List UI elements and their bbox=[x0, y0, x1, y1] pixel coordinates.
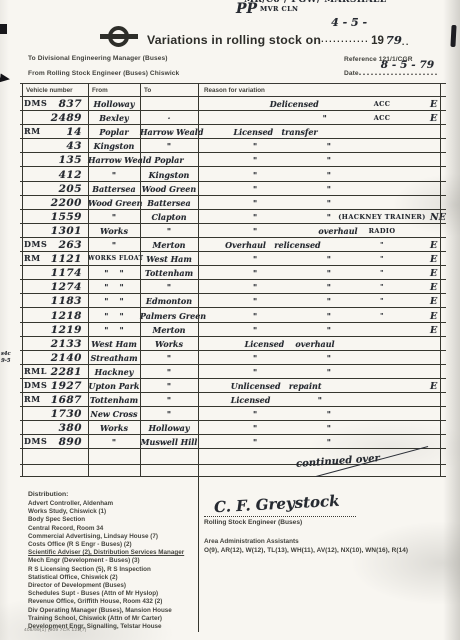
from-cell: Streatham bbox=[88, 353, 140, 363]
to-cell: Merton bbox=[140, 325, 198, 335]
to-cell: Palmers Green bbox=[140, 311, 198, 321]
reason-text: " " bbox=[214, 311, 331, 321]
table-row: 43Kingston" " " bbox=[20, 139, 446, 153]
table-rule bbox=[140, 83, 141, 477]
from-cell: " bbox=[88, 240, 140, 250]
reason-text: Licensed transfer bbox=[214, 127, 318, 137]
to-cell: Poplar bbox=[140, 155, 198, 165]
vehicle-cell: 1183 bbox=[22, 294, 88, 307]
from-cell: Harrow Weald bbox=[88, 155, 140, 165]
distribution-item: Body Spec Section bbox=[28, 516, 184, 524]
reason-cell: " " bbox=[198, 435, 460, 448]
reason-cell: " " bbox=[198, 421, 460, 434]
from-cell: Battersea bbox=[88, 184, 140, 194]
vehicle-prefix: DMS bbox=[24, 98, 47, 108]
vehicle-cell: 1559 bbox=[22, 210, 88, 223]
to-cell: " bbox=[140, 367, 198, 377]
vehicle-number: 1927 bbox=[51, 380, 82, 392]
table-row: DMS1927Upton Park" Unlicensed repaintE bbox=[20, 379, 446, 393]
distribution-item: Statistical Office, Chiswick (2) bbox=[28, 574, 184, 582]
table-row: 380WorksHolloway " " bbox=[20, 421, 446, 435]
vehicle-prefix: DMS bbox=[24, 436, 47, 446]
vehicle-cell: 205 bbox=[22, 182, 88, 195]
reason-cell: " " bbox=[198, 139, 460, 152]
from-line: From Rolling Stock Engineer (Buses) Chis… bbox=[28, 70, 179, 77]
vehicle-number: 412 bbox=[59, 169, 82, 181]
handwritten-year: 79 bbox=[386, 33, 402, 47]
to-cell: Kingston bbox=[140, 170, 198, 180]
vehicle-cell: DMS263 bbox=[22, 238, 88, 251]
table-rule bbox=[88, 83, 89, 477]
from-cell: Hackney bbox=[88, 367, 140, 377]
vehicle-number: 1219 bbox=[51, 324, 82, 336]
from-cell: " " bbox=[88, 268, 140, 278]
reason-text: " " bbox=[214, 212, 331, 222]
distribution-item: Director of Development (Buses) bbox=[28, 582, 184, 590]
note-text: ACC bbox=[326, 114, 438, 122]
table-row: 1174" "Tottenham " ""E bbox=[20, 266, 446, 280]
vehicle-number: 14 bbox=[66, 126, 82, 138]
table-row: 1219" "Merton " "E bbox=[20, 323, 446, 337]
reason-text: Unlicensed repaint bbox=[214, 381, 322, 391]
form-code: 405/99(1) (909 7CR 121(7) bbox=[24, 628, 87, 633]
to-line: To Divisional Engineering Manager (Buses… bbox=[28, 55, 168, 62]
date-field: Date .................... 8 - 5 - 79 bbox=[344, 67, 439, 77]
table-header: Vehicle number From To Reason for variat… bbox=[20, 83, 446, 97]
table-row: 2140Streatham" " " bbox=[20, 351, 446, 365]
table-row: 205BatterseaWood Green " " bbox=[20, 182, 446, 196]
from-cell: " bbox=[88, 212, 140, 222]
flag-text: E bbox=[430, 311, 460, 322]
distribution-item: Scientific Adviser (2), Distribution Ser… bbox=[28, 549, 184, 557]
vehicle-number: 1559 bbox=[51, 211, 82, 223]
table-row: 1218" "Palmers Green " ""E bbox=[20, 308, 446, 322]
table-row: RM1121WORKS FLOATWest Ham " ""E bbox=[20, 252, 446, 266]
to-cell: Clapton bbox=[140, 212, 198, 222]
printed-century: 19 bbox=[371, 35, 384, 47]
vehicle-cell: DMS890 bbox=[22, 435, 88, 448]
vehicle-number: 263 bbox=[59, 239, 82, 251]
to-cell: " bbox=[140, 353, 198, 363]
flag-text: NE bbox=[430, 212, 460, 223]
title-trailing-dots: .. bbox=[402, 37, 410, 47]
to-cell: " bbox=[140, 226, 198, 236]
table-row: RM14PoplarHarrow Weald Licensed transfer bbox=[20, 125, 446, 139]
reason-cell: " overhaulRADIO bbox=[198, 224, 460, 237]
distribution-item: Revenue Office, Griffith House, Room 432… bbox=[28, 598, 184, 606]
note-text: RADIO bbox=[326, 227, 438, 235]
from-cell: Holloway bbox=[88, 99, 140, 109]
distribution-item: Schedules Supt - Buses (Attn of Mr Hyslo… bbox=[28, 590, 184, 598]
reason-text: Overhaul relicensed bbox=[214, 240, 321, 250]
flag-text: E bbox=[430, 381, 460, 392]
note-text: " bbox=[326, 297, 438, 305]
table-row: 1301Works" " overhaulRADIO bbox=[20, 224, 446, 238]
from-cell: Wood Green bbox=[88, 198, 140, 208]
from-cell: New Cross bbox=[88, 409, 140, 419]
from-cell: " bbox=[88, 437, 140, 447]
date-label: Date bbox=[344, 70, 359, 77]
reason-cell: " ""E bbox=[198, 266, 460, 279]
from-cell: " " bbox=[88, 282, 140, 292]
vehicle-number: 1301 bbox=[51, 225, 82, 237]
reason-text: " " bbox=[214, 282, 331, 292]
note-text: ACC bbox=[326, 100, 438, 108]
to-cell: " bbox=[140, 409, 198, 419]
from-cell: Works bbox=[88, 423, 140, 433]
to-cell: · bbox=[140, 113, 198, 123]
from-cell: " " bbox=[88, 325, 140, 335]
note-text: " bbox=[326, 255, 438, 263]
note-text: (HACKNEY TRAINER) bbox=[326, 213, 438, 221]
vehicle-number: 890 bbox=[59, 436, 82, 448]
from-cell: Bexley bbox=[88, 113, 140, 123]
table-row: RM1687Tottenham" Licensed " bbox=[20, 393, 446, 407]
assistants-title: Area Administration Assistants bbox=[204, 538, 299, 545]
reason-cell: " " bbox=[198, 153, 460, 166]
table-row: 1559"Clapton " "(HACKNEY TRAINER)NE bbox=[20, 210, 446, 224]
table-row: DMS837Holloway DelicensedACCE bbox=[20, 97, 446, 111]
signature-role: Rolling Stock Engineer (Buses) bbox=[204, 519, 302, 526]
signature-dotted-line bbox=[204, 516, 356, 517]
distribution-item: Commercial Advertising, Lindsay House (7… bbox=[28, 533, 184, 541]
reason-cell: " ""E bbox=[198, 252, 460, 265]
distribution-item: Central Record, Room 34 bbox=[28, 525, 184, 533]
reason-cell: " " bbox=[198, 182, 460, 195]
reason-text: " " bbox=[214, 367, 331, 377]
to-cell: Muswell Hill bbox=[140, 437, 198, 447]
vehicle-number: 1183 bbox=[51, 295, 82, 307]
vehicle-prefix: DMS bbox=[24, 239, 47, 249]
reason-text: " " bbox=[214, 296, 331, 306]
from-cell: WORKS FLOAT bbox=[88, 255, 140, 262]
vehicle-number: 1687 bbox=[51, 394, 82, 406]
from-cell: West Ham bbox=[88, 339, 140, 349]
table-row: 2200Wood GreenBattersea " " bbox=[20, 196, 446, 210]
reason-text: " " bbox=[214, 268, 331, 278]
vehicle-number: 2140 bbox=[51, 352, 82, 364]
table-row: 1274" "" " ""E bbox=[20, 280, 446, 294]
reason-text: " " bbox=[214, 141, 331, 151]
title-dotted-line: ............ bbox=[321, 34, 369, 44]
distribution-item: Div Operating Manager (Buses), Mansion H… bbox=[28, 607, 184, 615]
note-text: " bbox=[326, 241, 438, 249]
reason-cell: Licensed transfer bbox=[198, 125, 460, 138]
reason-text: " " bbox=[214, 170, 331, 180]
scanned-form-page: MR/Co-/ PGW/ MARSHALL PP MVR CLN Variati… bbox=[0, 0, 460, 640]
vehicle-cell: DMS1927 bbox=[22, 379, 88, 392]
vehicle-number: 1730 bbox=[51, 408, 82, 420]
reason-cell: " " bbox=[198, 167, 460, 180]
to-cell: " bbox=[140, 395, 198, 405]
table-row: 2489Bexley· "ACCE bbox=[20, 111, 446, 125]
to-cell: " bbox=[140, 381, 198, 391]
reason-cell: " " bbox=[198, 407, 460, 420]
to-cell: Harrow Weald bbox=[140, 127, 198, 137]
vehicle-cell: 1219 bbox=[22, 323, 88, 336]
vehicle-number: 1274 bbox=[51, 281, 82, 293]
note-text: " bbox=[326, 312, 438, 320]
reason-cell: " ""E bbox=[198, 280, 460, 293]
vehicle-cell: 1274 bbox=[22, 280, 88, 293]
col-from: From bbox=[92, 87, 108, 94]
reason-text: " " bbox=[214, 325, 331, 335]
vehicle-number: 43 bbox=[66, 140, 82, 152]
vehicle-number: 2133 bbox=[51, 338, 82, 350]
reason-text: " " bbox=[214, 155, 331, 165]
reason-cell: " "(HACKNEY TRAINER)NE bbox=[198, 210, 460, 223]
vehicle-number: 2200 bbox=[51, 197, 82, 209]
table-row: DMS263"Merton Overhaul relicensed"E bbox=[20, 238, 446, 252]
vehicle-prefix: RML bbox=[24, 366, 47, 376]
table-row: 135Harrow WealdPoplar " " bbox=[20, 153, 446, 167]
reason-text: Delicensed bbox=[214, 99, 319, 109]
table-row: 2133West HamWorks Licensed overhaul bbox=[20, 337, 446, 351]
reason-cell: DelicensedACCE bbox=[198, 97, 460, 110]
vehicle-prefix: DMS bbox=[24, 380, 47, 390]
vehicle-cell: 1730 bbox=[22, 407, 88, 420]
table-rule bbox=[22, 83, 23, 477]
table-row: 1183" "Edmonton " ""E bbox=[20, 294, 446, 308]
distribution-item: Advert Controller, Aldenham bbox=[28, 500, 184, 508]
vehicle-number: 135 bbox=[59, 154, 82, 166]
to-cell: Edmonton bbox=[140, 296, 198, 306]
vehicle-cell: 1301 bbox=[22, 224, 88, 237]
from-cell: " bbox=[88, 170, 140, 180]
vehicle-number: 2489 bbox=[51, 112, 82, 124]
from-cell: Works bbox=[88, 226, 140, 236]
reason-cell: Licensed overhaul bbox=[198, 337, 460, 350]
reason-text: Licensed " bbox=[214, 395, 322, 405]
flag-text: E bbox=[430, 240, 460, 251]
table-row: 1730New Cross" " " bbox=[20, 407, 446, 421]
reason-cell: Licensed " bbox=[198, 393, 460, 406]
vehicle-cell bbox=[22, 449, 88, 464]
assistants-codes: O(9), AR(12), W(12), TL(13), WH(11), AV(… bbox=[204, 547, 408, 554]
vehicle-cell: RM14 bbox=[22, 125, 88, 138]
reason-cell: " ""E bbox=[198, 308, 460, 321]
from-cell: " " bbox=[88, 296, 140, 306]
from-cell: Upton Park bbox=[88, 381, 140, 391]
flag-text: E bbox=[430, 113, 460, 124]
vehicle-cell: 2489 bbox=[22, 111, 88, 124]
reason-text: " " bbox=[214, 198, 331, 208]
vehicle-number: 1218 bbox=[51, 310, 82, 322]
flag-text: E bbox=[430, 296, 460, 307]
vehicle-prefix: RM bbox=[24, 394, 41, 404]
to-cell: Tottenham bbox=[140, 268, 198, 278]
vehicle-cell: RML2281 bbox=[22, 365, 88, 378]
flag-text: E bbox=[430, 254, 460, 265]
reason-cell: " " bbox=[198, 196, 460, 209]
vehicle-cell: 43 bbox=[22, 139, 88, 152]
reason-text: " " bbox=[214, 437, 331, 447]
signature: C. F. Greystock bbox=[214, 492, 340, 517]
top-annotation-codes: MVR CLN bbox=[260, 5, 298, 13]
scan-mark bbox=[0, 24, 7, 34]
vehicle-cell: 2200 bbox=[22, 196, 88, 209]
margin-note: s4c 9-5 bbox=[1, 351, 11, 364]
reason-cell: "ACCE bbox=[198, 111, 460, 124]
handwritten-date: 8 - 5 - 79 bbox=[381, 59, 435, 71]
reason-text: Licensed overhaul bbox=[214, 339, 335, 349]
col-to: To bbox=[144, 87, 151, 94]
distribution-list: Advert Controller, AldenhamWorks Study, … bbox=[28, 500, 184, 631]
reason-text: " " bbox=[214, 254, 331, 264]
scan-mark bbox=[450, 25, 456, 47]
vehicle-cell: 135 bbox=[22, 153, 88, 166]
reason-cell: Overhaul relicensed"E bbox=[198, 238, 460, 251]
handwritten-day-month: 4 - 5 - bbox=[331, 16, 367, 29]
note-text: " bbox=[326, 269, 438, 277]
vehicle-cell: 2140 bbox=[22, 351, 88, 364]
reason-text: " " bbox=[214, 184, 331, 194]
from-cell: Tottenham bbox=[88, 395, 140, 405]
reason-cell: Unlicensed repaintE bbox=[198, 379, 460, 392]
reason-cell: " "E bbox=[198, 323, 460, 336]
flag-text: E bbox=[430, 99, 460, 110]
flag-text: E bbox=[430, 325, 460, 336]
reason-text: " " bbox=[214, 409, 331, 419]
note-text: " bbox=[326, 283, 438, 291]
vehicle-cell: DMS837 bbox=[22, 97, 88, 110]
table-row: 412"Kingston " " bbox=[20, 167, 446, 181]
vehicle-prefix: RM bbox=[24, 253, 41, 263]
vehicle-cell: 412 bbox=[22, 167, 88, 180]
vehicle-number: 1121 bbox=[51, 253, 82, 265]
col-reason: Reason for variation bbox=[204, 87, 265, 94]
reason-cell: " " bbox=[198, 365, 460, 378]
london-transport-roundel-icon bbox=[100, 26, 138, 47]
to-cell: Holloway bbox=[140, 423, 198, 433]
reason-text: " " bbox=[214, 423, 331, 433]
vehicle-cell: 2133 bbox=[22, 337, 88, 350]
flag-text: E bbox=[430, 268, 460, 279]
vehicle-number: 380 bbox=[59, 422, 82, 434]
vehicle-cell: 380 bbox=[22, 421, 88, 434]
from-cell: Poplar bbox=[88, 127, 140, 137]
table-rule-divider bbox=[198, 83, 199, 632]
distribution-item: R S Licensing Section (5), R S Inspectio… bbox=[28, 566, 184, 574]
vehicle-cell: RM1687 bbox=[22, 393, 88, 406]
top-annotation-monogram: PP bbox=[236, 1, 257, 17]
from-cell: Kingston bbox=[88, 141, 140, 151]
to-cell: Battersea bbox=[140, 198, 198, 208]
arrow-mark bbox=[0, 73, 11, 83]
table-rule bbox=[440, 83, 441, 477]
title-bar: Variations in rolling stock on .........… bbox=[100, 26, 410, 47]
vehicle-number: 1174 bbox=[51, 267, 82, 279]
to-cell: " bbox=[140, 141, 198, 151]
reason-cell: " " bbox=[198, 351, 460, 364]
distribution-item: Costs Office (R S Engr - Buses) (2) bbox=[28, 541, 184, 549]
to-cell: West Ham bbox=[140, 254, 198, 264]
distribution-item: Training School, Chiswick (Attn of Mr Ca… bbox=[28, 615, 184, 623]
page-title: Variations in rolling stock on bbox=[147, 33, 321, 47]
table-body: DMS837Holloway DelicensedACCE2489Bexley·… bbox=[20, 97, 446, 477]
table-row bbox=[20, 465, 446, 477]
vehicle-cell: 1218 bbox=[22, 308, 88, 321]
to-cell: Wood Green bbox=[140, 184, 198, 194]
vehicle-number: 2281 bbox=[51, 366, 82, 378]
to-cell: " bbox=[140, 282, 198, 292]
vehicle-cell bbox=[22, 465, 88, 476]
distribution-item: Works Study, Chiswick (1) bbox=[28, 508, 184, 516]
vehicle-number: 837 bbox=[59, 98, 82, 110]
vehicle-cell: RM1121 bbox=[22, 252, 88, 265]
table-row: DMS890"Muswell Hill " " bbox=[20, 435, 446, 449]
vehicle-prefix: RM bbox=[24, 126, 41, 136]
distribution-title: Distribution: bbox=[28, 491, 68, 498]
reason-cell: " ""E bbox=[198, 294, 460, 307]
flag-text: E bbox=[430, 282, 460, 293]
col-vehicle-number: Vehicle number bbox=[26, 87, 73, 94]
to-cell: Works bbox=[140, 339, 198, 349]
from-cell: " " bbox=[88, 311, 140, 321]
vehicle-number: 205 bbox=[59, 183, 82, 195]
to-cell: Merton bbox=[140, 240, 198, 250]
distribution-item: Mech Engr (Development - Buses) (3) bbox=[28, 557, 184, 565]
table-row: RML2281Hackney" " " bbox=[20, 365, 446, 379]
reason-text: " " bbox=[214, 353, 331, 363]
vehicle-cell: 1174 bbox=[22, 266, 88, 279]
reason-text: " bbox=[214, 113, 327, 123]
